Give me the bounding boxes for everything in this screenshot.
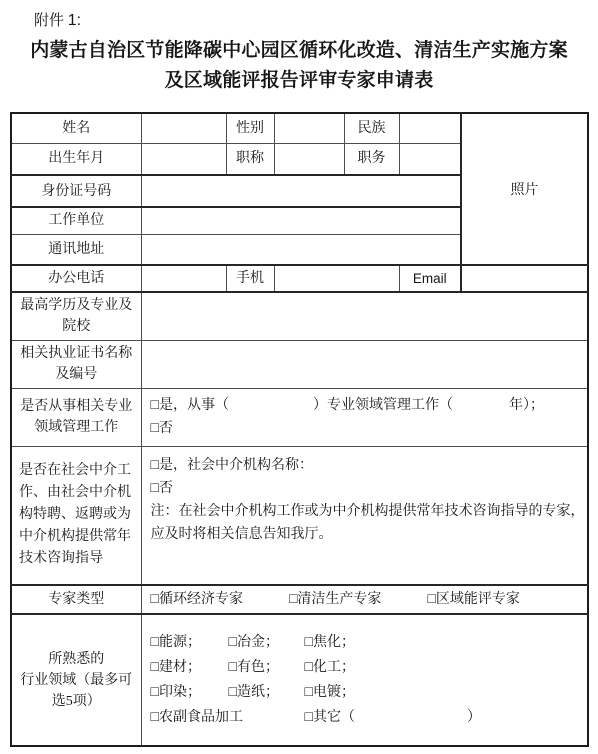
name-value-cell [141, 113, 226, 143]
industry-options-cell: □能源； □冶金； □焦化； □建材； □有色； □化工； □印染； □造纸； … [141, 614, 588, 746]
photo-cell: 照片 [461, 113, 588, 265]
industry-option-electroplating: □电镀； [305, 680, 588, 705]
management-option-no: □否 [151, 417, 588, 440]
industry-option-other: □其它（ ） [305, 705, 588, 730]
office-phone-label: 办公电话 [11, 265, 141, 292]
education-label: 最高学历及专业及 院校 [11, 292, 141, 340]
ethnicity-value-cell [399, 113, 461, 143]
certificate-label: 相关执业证书名称 及编号 [11, 340, 141, 388]
page-title-line2: 及区域能评报告评审专家申请表 [0, 66, 598, 96]
page-title-line1: 内蒙古自治区节能降碳中心园区循环化改造、清洁生产实施方案 [0, 36, 598, 66]
intermediary-option-no: □否 [151, 477, 588, 500]
industry-option-building-materials: □建材； [151, 655, 229, 680]
position-value-cell [399, 143, 461, 175]
employer-value-cell [141, 207, 461, 234]
expert-type-options-cell: □循环经济专家 □清洁生产专家 □区域能评专家 [141, 585, 588, 614]
application-form-table: 姓名 性别 民族 照片 出生年月 职称 职务 身份证号码 工作单位 通讯地址 [10, 112, 589, 747]
id-number-label: 身份证号码 [11, 175, 141, 207]
management-work-label: 是否从事相关专业 领域管理工作 [11, 388, 141, 446]
mobile-label: 手机 [226, 265, 274, 292]
prof-title-value-cell [274, 143, 344, 175]
management-work-options-cell: □是，从事（ ）专业领域管理工作（ 年）； □否 [141, 388, 588, 446]
intermediary-option-yes: □是，社会中介机构名称： [151, 454, 588, 477]
industry-option-energy: □能源； [151, 630, 229, 655]
birth-date-label: 出生年月 [11, 143, 141, 175]
attachment-prefix: 附件 [34, 13, 68, 29]
industry-option-papermaking: □造纸； [229, 680, 305, 705]
position-label: 职务 [344, 143, 399, 175]
email-value-cell [461, 265, 588, 292]
intermediary-label: 是否在社会中介工 作、由社会中介机 构特聘、返聘或为 中介机构提供常年 技术咨询… [11, 446, 141, 585]
intermediary-note: 注：在社会中介机构工作或为中介机构提供常年技术咨询指导的专家， 应及时将相关信息… [151, 500, 588, 546]
industry-option-chemical: □化工； [305, 655, 588, 680]
management-option-yes: □是，从事（ ）专业领域管理工作（ 年）； [151, 394, 588, 417]
expert-type-label: 专家类型 [11, 585, 141, 614]
expert-type-option-regional-energy: □区域能评专家 [427, 588, 519, 611]
industry-option-printing-dyeing: □印染； [151, 680, 229, 705]
expert-type-option-clean-production: □清洁生产专家 [289, 588, 381, 611]
gender-label: 性别 [226, 113, 274, 143]
employer-label: 工作单位 [11, 207, 141, 234]
attachment-number: 1: [68, 12, 81, 29]
document-page: 附件 1: 内蒙古自治区节能降碳中心园区循环化改造、清洁生产实施方案 及区域能评… [0, 0, 598, 754]
name-label: 姓名 [11, 113, 141, 143]
email-label: Email [399, 265, 461, 292]
prof-title-label: 职称 [226, 143, 274, 175]
industry-option-nonferrous: □有色； [229, 655, 305, 680]
industry-option-metallurgy: □冶金； [229, 630, 305, 655]
mail-address-value-cell [141, 234, 461, 265]
birth-date-value-cell [141, 143, 226, 175]
expert-type-option-circular-economy: □循环经济专家 [151, 588, 243, 611]
mail-address-label: 通讯地址 [11, 234, 141, 265]
certificate-value-cell [141, 340, 588, 388]
attachment-label: 附件 1: [34, 9, 81, 30]
industry-option-agri-food-processing: □农副食品加工 [151, 705, 305, 730]
industry-label: 所熟悉的 行业领域（最多可 选5项） [11, 614, 141, 746]
page-title: 内蒙古自治区节能降碳中心园区循环化改造、清洁生产实施方案 及区域能评报告评审专家… [0, 36, 598, 96]
office-phone-value-cell [141, 265, 226, 292]
ethnicity-label: 民族 [344, 113, 399, 143]
id-number-value-cell [141, 175, 461, 207]
industry-option-coking: □焦化； [305, 630, 588, 655]
mobile-value-cell [274, 265, 399, 292]
intermediary-options-cell: □是，社会中介机构名称： □否 注：在社会中介机构工作或为中介机构提供常年技术咨… [141, 446, 588, 585]
education-value-cell [141, 292, 588, 340]
gender-value-cell [274, 113, 344, 143]
